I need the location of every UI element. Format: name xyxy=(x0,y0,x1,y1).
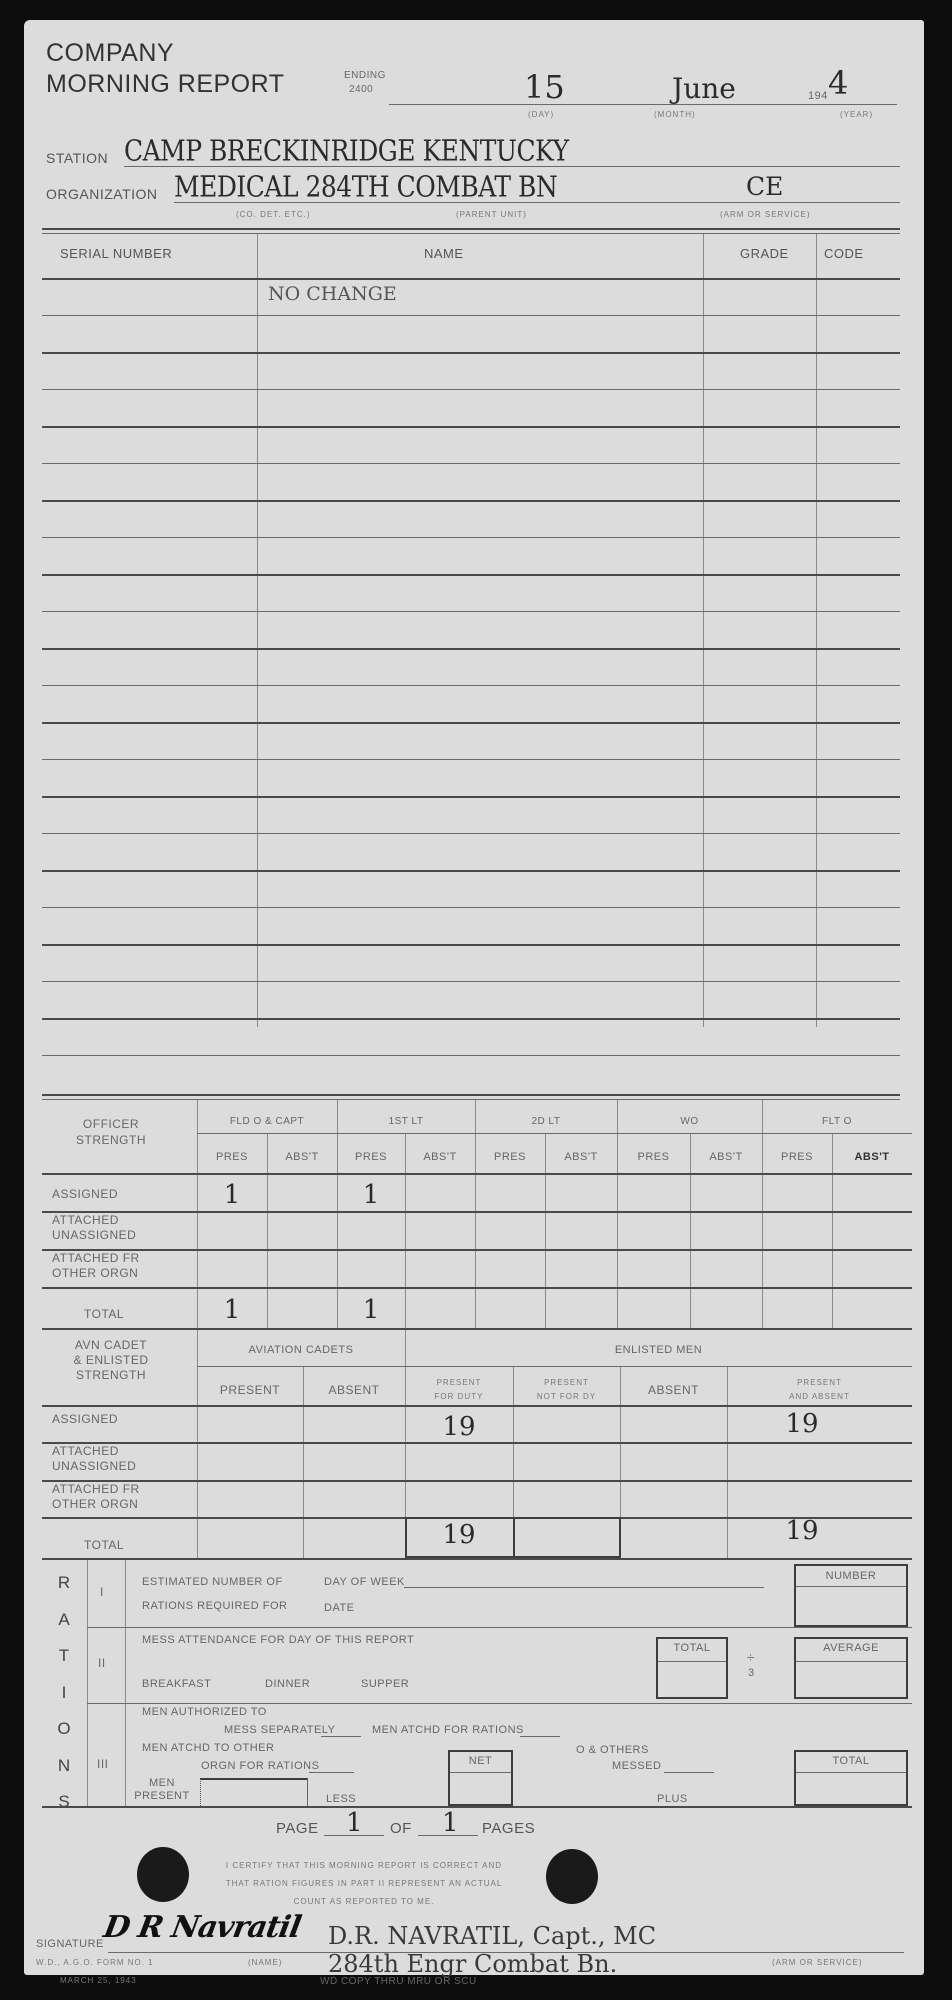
mess-total-label: TOTAL xyxy=(656,1642,728,1654)
officer-row-total: TOTAL xyxy=(84,1307,124,1321)
officer-fld-pres-assigned[interactable]: 1 xyxy=(197,1180,267,1210)
rations-section-2-numeral: II xyxy=(98,1656,106,1670)
officer-group-2d-lt: 2D LT xyxy=(475,1116,617,1127)
officer-fld-pres-total[interactable]: 1 xyxy=(197,1295,267,1325)
page-number[interactable]: 1 xyxy=(346,1808,363,1838)
name-caption: (NAME) xyxy=(248,1958,282,1967)
subcol-pres: PRES xyxy=(762,1151,832,1163)
date-label: DATE xyxy=(324,1602,355,1614)
officer-1stlt-pres-assigned[interactable]: 1 xyxy=(337,1180,405,1210)
men-present-box[interactable] xyxy=(200,1778,308,1808)
enlisted-row-attached-other-orgn: ATTACHED FR OTHER ORGN xyxy=(52,1482,182,1512)
men-authorized-label-2: MESS SEPARATELY xyxy=(224,1724,335,1736)
report-year[interactable]: 4 xyxy=(828,64,848,102)
arm-service-caption: (ARM OR SERVICE) xyxy=(720,210,811,219)
form-date: MARCH 25, 1943 xyxy=(60,1976,137,1985)
estimated-number-label: ESTIMATED NUMBER OF xyxy=(142,1576,283,1588)
copy-note: WD COPY THRU MRU OR SCU xyxy=(320,1976,477,1987)
subcol-pres: PRES xyxy=(475,1151,545,1163)
organization-value[interactable]: MEDICAL 284TH COMBAT BN xyxy=(174,170,557,203)
personnel-row-name[interactable]: NO CHANGE xyxy=(268,283,397,305)
rations-required-label: RATIONS REQUIRED FOR xyxy=(142,1600,287,1612)
average-box-label: AVERAGE xyxy=(794,1642,908,1654)
ending-label: ENDING xyxy=(344,70,386,81)
men-atchd-rations-label: MEN ATCHD FOR RATIONS xyxy=(372,1724,524,1736)
col-present-for-duty: PRESENT FOR DUTY xyxy=(405,1376,513,1404)
officer-row-attached-unassigned: ATTACHED UNASSIGNED xyxy=(52,1213,182,1243)
signature-label: SIGNATURE xyxy=(36,1938,104,1950)
col-serial-number: SERIAL NUMBER xyxy=(60,246,172,261)
divide-symbol: ÷ xyxy=(747,1650,755,1665)
officer-group-1st-lt: 1ST LT xyxy=(337,1116,475,1127)
punch-hole-right xyxy=(546,1849,598,1904)
morning-report-form: COMPANY MORNING REPORT ENDING 2400 15 Ju… xyxy=(24,20,924,1975)
mess-attendance-label: MESS ATTENDANCE FOR DAY OF THIS REPORT xyxy=(142,1634,414,1646)
page-label: PAGE xyxy=(276,1820,319,1837)
rations-total-label: TOTAL xyxy=(794,1755,908,1767)
enlisted-row-attached-unassigned: ATTACHED UNASSIGNED xyxy=(52,1444,182,1474)
aviation-cadets-group: AVIATION CADETS xyxy=(197,1344,405,1356)
subcol-pres: PRES xyxy=(617,1151,690,1163)
subcol-pres: PRES xyxy=(337,1151,405,1163)
supper-label: SUPPER xyxy=(361,1678,409,1690)
enlisted-pfd-total[interactable]: 19 xyxy=(405,1520,513,1550)
signer-name[interactable]: D.R. NAVRATIL, Capt., MC xyxy=(328,1922,656,1950)
year-prefix: 194 xyxy=(808,90,828,102)
breakfast-label: BREAKFAST xyxy=(142,1678,211,1690)
rations-side-label: R A T I O N S xyxy=(44,1565,84,1821)
officer-row-assigned: ASSIGNED xyxy=(52,1187,118,1201)
col-cadet-present: PRESENT xyxy=(197,1383,303,1397)
title-line-1: COMPANY xyxy=(46,38,285,69)
subcol-abst: ABS'T xyxy=(545,1151,617,1163)
day-caption: (DAY) xyxy=(528,110,554,119)
month-caption: (MONTH) xyxy=(654,110,696,119)
less-label: LESS xyxy=(326,1793,356,1805)
enlisted-present-absent-assigned[interactable]: 19 xyxy=(727,1409,877,1439)
o-others-label-2: MESSED xyxy=(612,1760,661,1772)
report-month[interactable]: June xyxy=(672,72,736,105)
col-cadet-absent: ABSENT xyxy=(303,1383,405,1397)
page-total[interactable]: 1 xyxy=(442,1808,459,1838)
subcol-abst: ABS'T xyxy=(405,1151,475,1163)
divisor: 3 xyxy=(748,1667,755,1679)
men-authorized-label-1: MEN AUTHORIZED TO xyxy=(142,1706,267,1718)
officer-1stlt-pres-total[interactable]: 1 xyxy=(337,1295,405,1325)
officer-group-fld-o-capt: FLD O & CAPT xyxy=(197,1116,337,1127)
station-label: STATION xyxy=(46,150,108,166)
signer-unit[interactable]: 284th Engr Combat Bn. xyxy=(328,1950,617,1978)
enlisted-present-absent-total[interactable]: 19 xyxy=(727,1516,877,1546)
rations-section-3-numeral: III xyxy=(97,1757,109,1771)
of-label: OF xyxy=(390,1820,412,1837)
net-box-label: NET xyxy=(448,1755,513,1767)
officer-group-flt-o: FLT O xyxy=(762,1116,912,1127)
service-caption: (ARM OR SERVICE) xyxy=(772,1958,863,1967)
enlisted-pfd-assigned[interactable]: 19 xyxy=(405,1412,513,1442)
day-of-week-label: DAY OF WEEK xyxy=(324,1576,405,1588)
year-caption: (YEAR) xyxy=(840,110,873,119)
officer-strength-title: OFFICER STRENGTH xyxy=(52,1116,170,1148)
plus-label: PLUS xyxy=(657,1793,688,1805)
men-atchd-other-label-2: ORGN FOR RATIONS xyxy=(201,1760,319,1772)
arm-service-value[interactable]: CE xyxy=(746,172,783,201)
organization-label: ORGANIZATION xyxy=(46,186,158,202)
men-present-label: MEN PRESENT xyxy=(128,1777,196,1803)
enlisted-row-assigned: ASSIGNED xyxy=(52,1412,118,1426)
title-line-2: MORNING REPORT xyxy=(46,69,285,100)
subcol-pres: PRES xyxy=(197,1151,267,1163)
subcol-abst: ABS'T xyxy=(832,1151,912,1163)
officer-group-wo: WO xyxy=(617,1116,762,1127)
report-day[interactable]: 15 xyxy=(524,68,565,106)
form-title: COMPANY MORNING REPORT xyxy=(46,38,285,100)
enlisted-strength-title: AVN CADET & ENLISTED STRENGTH xyxy=(52,1338,170,1383)
subcol-abst: ABS'T xyxy=(267,1151,337,1163)
co-det-caption: (CO. DET. ETC.) xyxy=(236,210,311,219)
parent-unit-caption: (PARENT UNIT) xyxy=(456,210,527,219)
number-box-label: NUMBER xyxy=(794,1570,908,1582)
officer-row-attached-other-orgn: ATTACHED FR OTHER ORGN xyxy=(52,1251,182,1281)
col-code: CODE xyxy=(824,246,864,261)
punch-hole-left xyxy=(137,1847,189,1902)
subcol-abst: ABS'T xyxy=(690,1151,762,1163)
pages-label: PAGES xyxy=(482,1820,535,1837)
enlisted-men-group: ENLISTED MEN xyxy=(405,1344,912,1356)
certification-text: I CERTIFY THAT THIS MORNING REPORT IS CO… xyxy=(194,1857,534,1911)
col-present-not-for-duty: PRESENT NOT FOR DY xyxy=(513,1376,620,1404)
handwritten-signature: D R Navratil xyxy=(101,1910,303,1945)
o-others-label-1: O & OTHERS xyxy=(576,1744,649,1756)
col-present-and-absent: PRESENT AND ABSENT xyxy=(727,1376,912,1404)
rations-section-1-numeral: I xyxy=(100,1585,104,1599)
form-id: W.D., A.G.O. FORM NO. 1 xyxy=(36,1958,154,1967)
dinner-label: DINNER xyxy=(265,1678,310,1690)
col-grade: GRADE xyxy=(740,246,789,261)
ending-time: 2400 xyxy=(349,84,373,95)
col-enlisted-absent: ABSENT xyxy=(620,1383,727,1397)
enlisted-row-total: TOTAL xyxy=(84,1538,124,1552)
col-name: NAME xyxy=(424,246,464,261)
men-atchd-other-label-1: MEN ATCHD TO OTHER xyxy=(142,1742,274,1754)
station-value[interactable]: CAMP BRECKINRIDGE KENTUCKY xyxy=(124,134,569,167)
